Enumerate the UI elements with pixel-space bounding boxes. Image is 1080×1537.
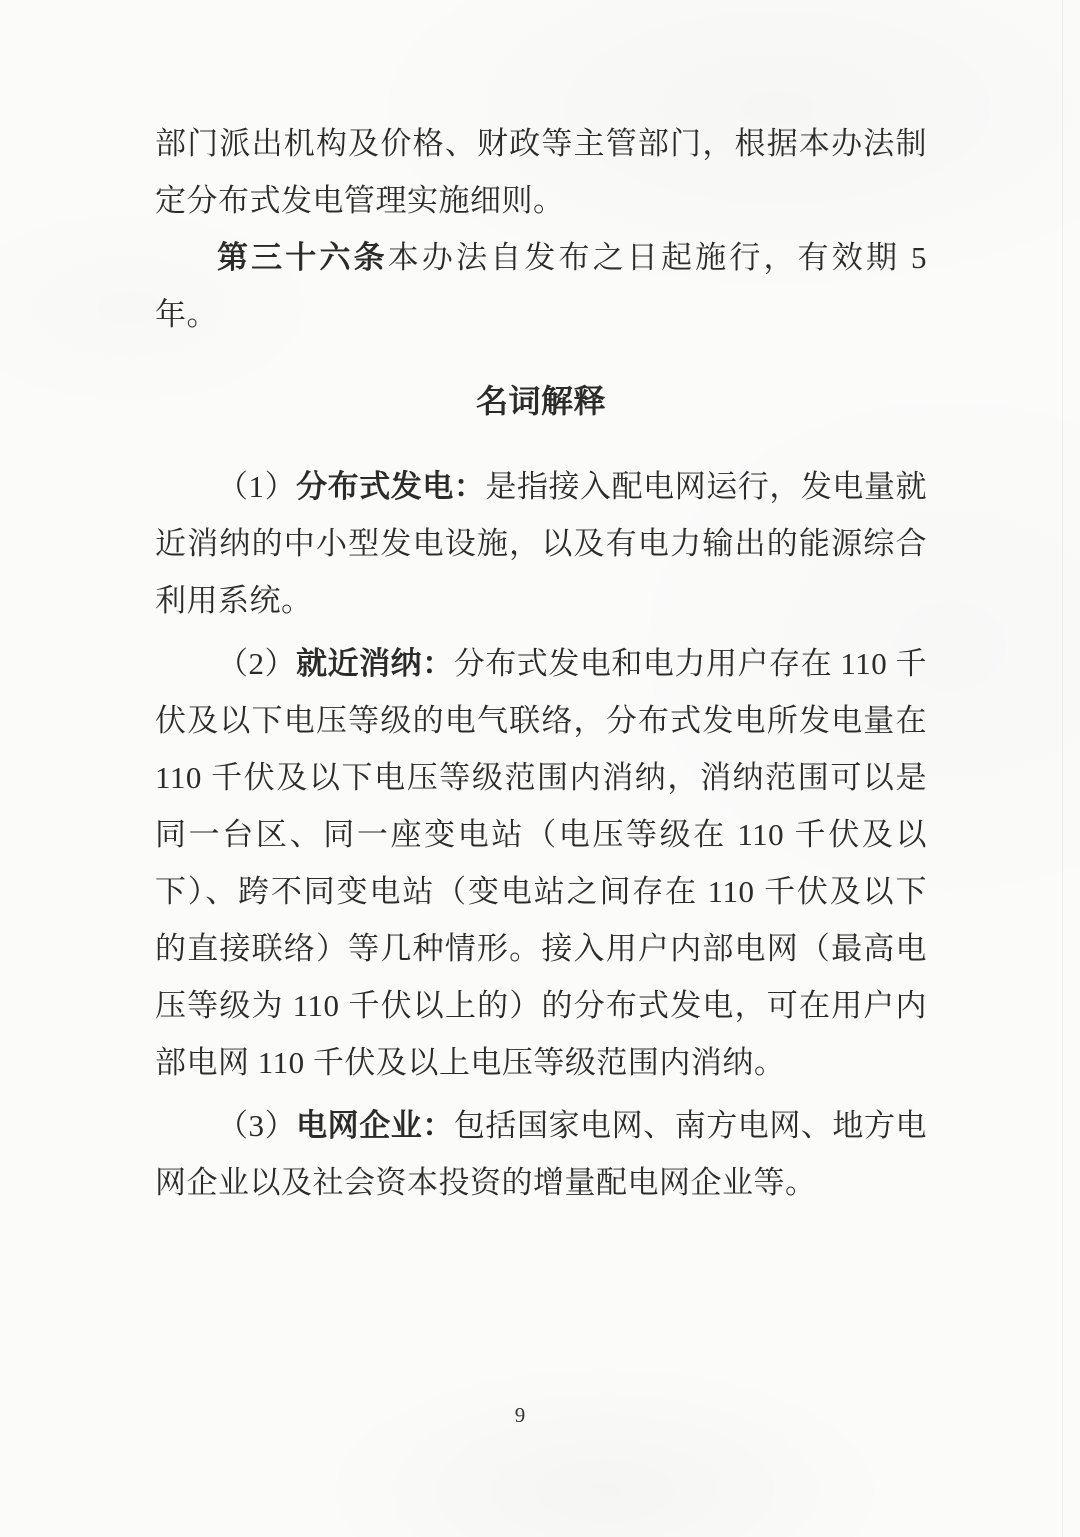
article-36-label: 第三十六条 (217, 240, 388, 275)
definition-2-text: 分布式发电和电力用户存在 110 千伏及以下电压等级的电气联络，分布式发电所发电… (155, 646, 927, 1080)
section-heading: 名词解释 (155, 373, 927, 430)
definition-3: （3）电网企业：包括国家电网、南方电网、地方电网企业以及社会资本投资的增量配电网… (155, 1097, 927, 1211)
page-content: 部门派出机构及价格、财政等主管部门，根据本办法制定分布式发电管理实施细则。 第三… (155, 115, 927, 1211)
definition-3-index: （3） (217, 1108, 296, 1143)
scanned-document-page: 部门派出机构及价格、财政等主管部门，根据本办法制定分布式发电管理实施细则。 第三… (0, 0, 1080, 1537)
definition-2-index: （2） (217, 646, 296, 681)
paragraph-article-36: 第三十六条本办法自发布之日起施行，有效期 5 年。 (155, 229, 927, 343)
definition-1-index: （1） (217, 469, 296, 504)
scan-edge-artifact (1062, 0, 1063, 1537)
definition-3-term: 电网企业： (296, 1108, 454, 1143)
definition-2: （2）就近消纳：分布式发电和电力用户存在 110 千伏及以下电压等级的电气联络，… (155, 635, 927, 1091)
page-number: 9 (0, 1400, 1040, 1430)
definition-2-term: 就近消纳： (296, 646, 454, 681)
definition-1: （1）分布式发电：是指接入配电网运行，发电量就近消纳的中小型发电设施，以及有电力… (155, 458, 927, 629)
definition-1-term: 分布式发电： (296, 469, 485, 504)
paragraph-continuation: 部门派出机构及价格、财政等主管部门，根据本办法制定分布式发电管理实施细则。 (155, 115, 927, 229)
